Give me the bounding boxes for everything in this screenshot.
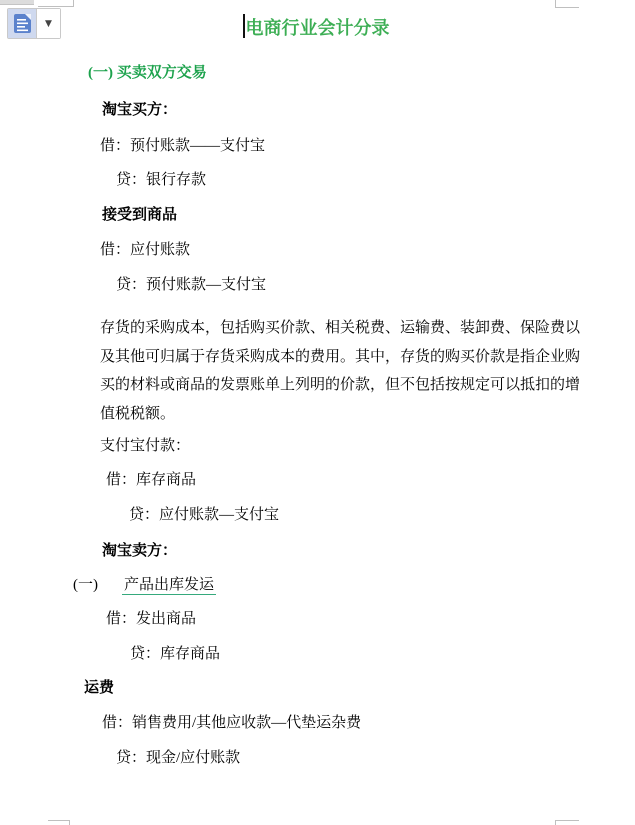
list-item-shipping: (一)产品出库发运 [73,576,216,594]
entry3-debit: 借：库存商品 [106,471,196,489]
entry5-debit: 借：销售费用/其他应收款—代垫运杂费 [102,714,361,732]
section-heading: (一) 买卖双方交易 [88,64,207,82]
entry2-debit: 借：应付账款 [100,241,190,259]
crop-mark-top-right [555,0,579,8]
entry1-credit: 贷：银行存款 [116,171,206,189]
alipay-payment-label: 支付宝付款： [100,437,190,455]
ui-fragment-corner [0,0,34,5]
crop-mark-top-left [38,0,74,7]
entry4-credit: 贷：库存商品 [130,645,220,663]
crop-mark-bottom-right [555,820,579,825]
receive-goods-label: 接受到商品 [102,206,177,224]
seller-label: 淘宝卖方： [102,542,177,560]
list-item-number: (一) [73,577,98,593]
inventory-cost-paragraph: 存货的采购成本，包括购买价款、相关税费、运输费、装卸费、保险费以及其他可归属于存… [100,314,580,428]
entry4-debit: 借：发出商品 [106,610,196,628]
entry5-credit: 贷：现金/应付账款 [116,749,240,767]
buyer-label: 淘宝买方： [102,101,177,119]
document-title: 电商行业会计分录 [0,14,635,40]
crop-mark-bottom-left [48,820,70,825]
entry3-credit: 贷：应付账款—支付宝 [129,506,279,524]
entry1-debit: 借：预付账款——支付宝 [100,137,265,155]
freight-label: 运费 [84,679,114,697]
entry2-credit: 贷：预付账款—支付宝 [116,276,266,294]
word-document-window: { "paste_options": { "icon": "paste-icon… [0,0,635,825]
list-item-title: 产品出库发运 [122,577,216,595]
